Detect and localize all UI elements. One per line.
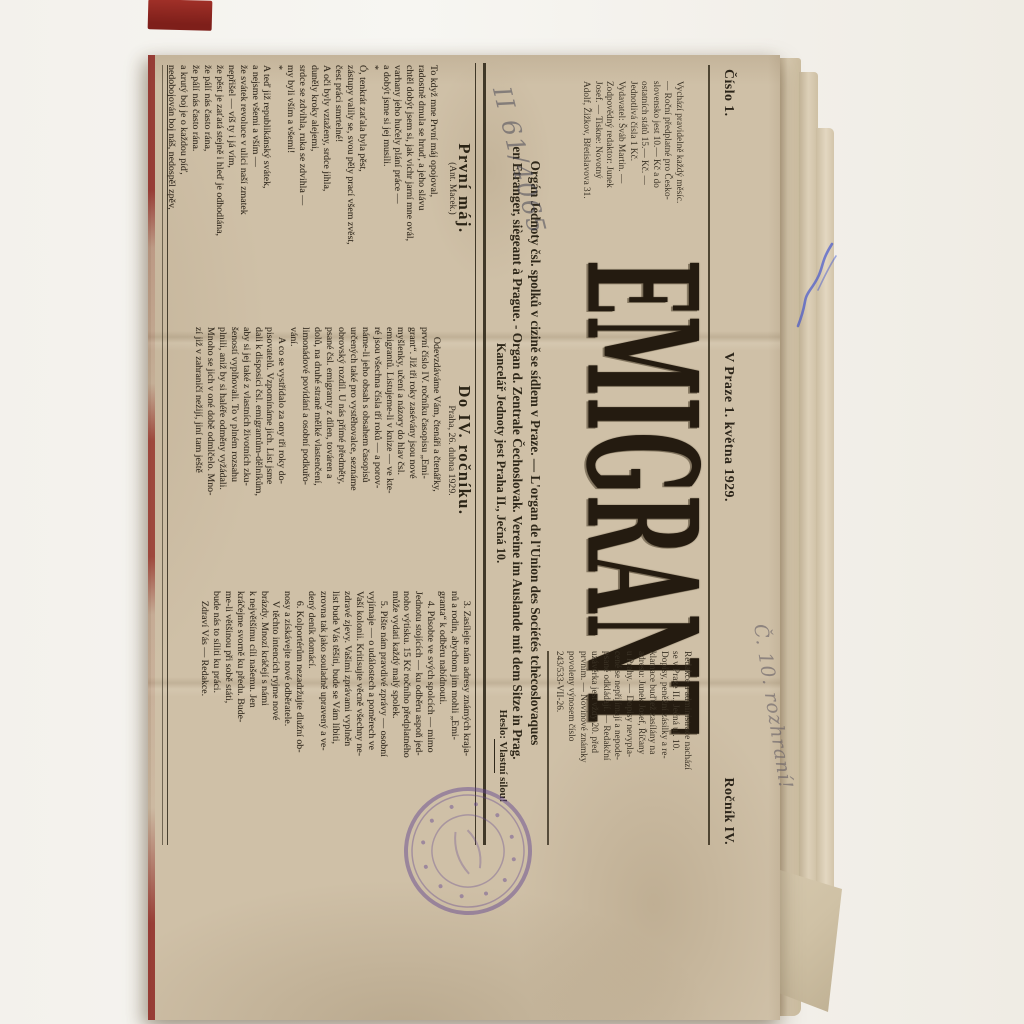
editorial-headline: Do IV. ročníku. <box>458 327 470 574</box>
bottom-rule <box>162 65 168 845</box>
editorial-dateline: Praha, 26. dubna 1929. <box>445 327 457 574</box>
volume-number: Ročník IV. <box>720 777 736 845</box>
poem-byline: (Ant. Macek.) <box>445 65 457 312</box>
poem-text: To když mne První máj opojoval, radostně… <box>165 65 439 312</box>
scanned-newspaper-photo: { "colors": { "paper": "#cfc0a7", "ink":… <box>0 0 1024 1024</box>
editorial-office-box: Redakce a administrace nachází se v Praz… <box>547 651 692 845</box>
column-editorial: Do IV. ročníku. Praha, 26. dubna 1929. O… <box>192 327 472 574</box>
red-painted-edge <box>148 55 155 1020</box>
red-painted-edge-top <box>148 0 213 31</box>
editorial-text: Odevzdáváme Vám, čtenáři a čtenářky, prv… <box>192 327 442 574</box>
blue-pen-scribble <box>788 238 844 334</box>
newspaper-front-page: Číslo 1. V Praze 1. května 1929. Ročník … <box>148 55 780 1020</box>
imprint-box: Vychází pravidelně každý měsíc. — Roční … <box>580 81 684 251</box>
page-surface: Číslo 1. V Praze 1. května 1929. Ročník … <box>148 55 780 1020</box>
poem-headline: První máj. <box>458 65 470 312</box>
column-poem: První máj. (Ant. Macek.) To když mne Prv… <box>165 65 472 312</box>
separator-double-rule <box>475 63 486 845</box>
